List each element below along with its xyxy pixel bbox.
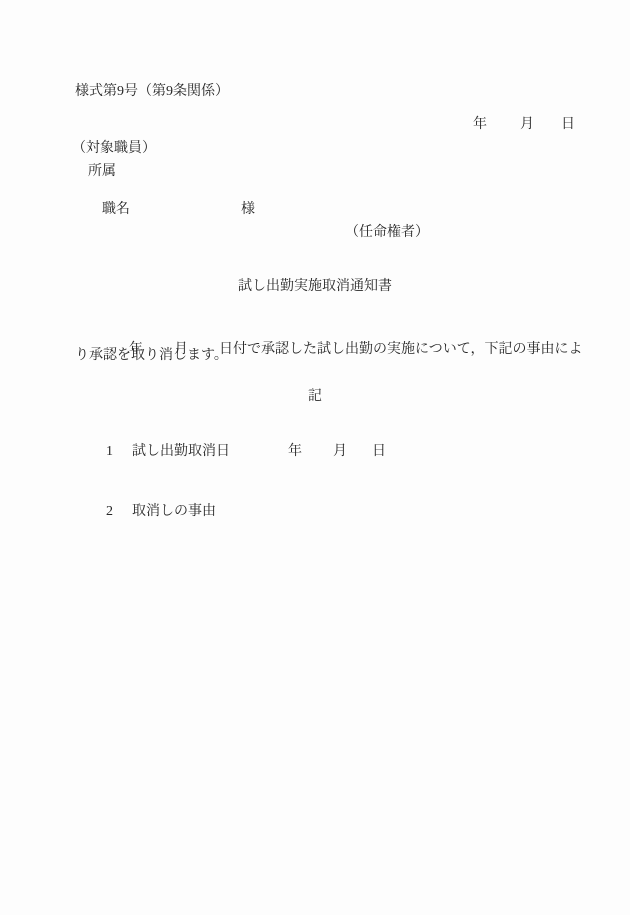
item1-number: 1 xyxy=(106,444,113,460)
recipient-affiliation-label: 所属 xyxy=(88,164,116,180)
item-cancel-date-line: 1試し出勤取消日年月日 xyxy=(0,428,630,476)
item-cancel-reason-line: 2取消しの事由 xyxy=(0,488,630,536)
header-date-day-label: 日 xyxy=(561,117,575,133)
recipient-position-line: 職名様 xyxy=(88,186,255,234)
header-date-year-label: 年 xyxy=(473,117,487,132)
recipient-section-label: （対象職員） xyxy=(72,141,156,157)
item1-day-label: 日 xyxy=(372,444,386,460)
item2-label: 取消しの事由 xyxy=(132,504,216,520)
notation-label: 記 xyxy=(0,389,630,405)
honorific-label: 様 xyxy=(241,202,255,218)
form-page: 様式第9号（第9条関係） 年月日 （対象職員） 所属 職名様 （任命権者） 試し… xyxy=(0,0,630,915)
recipient-position-label: 職名 xyxy=(102,202,130,217)
issuer-label: （任命権者） xyxy=(345,225,429,241)
header-date-line: 年月日 xyxy=(459,101,575,149)
document-title: 試し出勤実施取消通知書 xyxy=(0,279,630,295)
body-paragraph-line2: り承認を取り消します。 xyxy=(75,348,228,364)
item1-label: 試し出勤取消日 xyxy=(132,444,230,460)
item2-number: 2 xyxy=(106,504,113,520)
item1-year-label: 年 xyxy=(288,444,302,460)
header-date-month-label: 月 xyxy=(520,117,534,133)
item1-month-label: 月 xyxy=(333,444,347,460)
form-number: 様式第9号（第9条関係） xyxy=(75,84,229,100)
body-line1-text: 日付で承認した試し出勤の実施について，下記の事由によ xyxy=(219,342,582,358)
